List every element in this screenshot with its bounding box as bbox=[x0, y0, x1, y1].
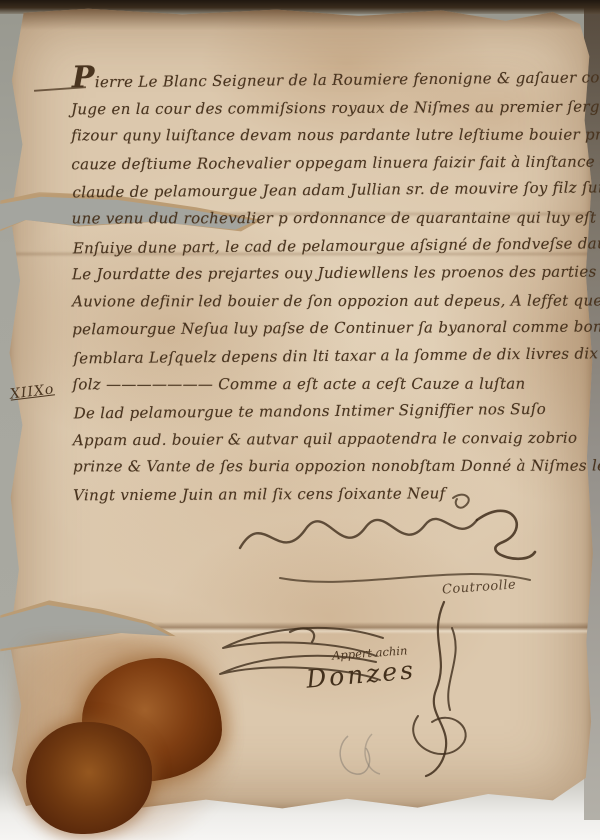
manuscript-line: ſolz ——————— Comme a eſt acte a ceſt Cau… bbox=[72, 370, 570, 398]
manuscript-line: Auvione definir led bouier de ſon oppozi… bbox=[72, 287, 570, 315]
manuscript-line: fizour quny luiſtance devam nous pardant… bbox=[71, 122, 569, 150]
signature-paraph bbox=[392, 598, 492, 778]
manuscript-line: De lad pelamourgue te mandons Intimer Si… bbox=[74, 396, 572, 428]
manuscript-line: Enſuiye dune part, le cad de pelamourgue… bbox=[73, 230, 571, 262]
main-signature-flourish bbox=[225, 490, 545, 590]
manuscript-line: cauze deſtiume Rochevalier oppegam linue… bbox=[71, 148, 569, 178]
manuscript-line: Pierre Le Blanc Seigneur de la Roumiere … bbox=[72, 60, 570, 97]
manuscript-line: une venu dud rochevalier p ordonnance de… bbox=[72, 205, 570, 233]
manuscript-line: ſemblara Leſquelz depens din lti taxar a… bbox=[73, 341, 571, 373]
manuscript-line: Le Jourdatte des prejartes ouy Judiewlle… bbox=[72, 259, 570, 289]
manuscript-line: claude de pelamourgue Jean adam Jullian … bbox=[72, 175, 570, 207]
manuscript-line: prinze & Vante de ſes buria oppozion non… bbox=[73, 453, 571, 481]
manuscript-line: Juge en la cour des commiſsions royaux d… bbox=[71, 93, 569, 123]
pencil-mark bbox=[328, 730, 398, 780]
manuscript-line: Appam aud. bouier & autvar quil appaoten… bbox=[73, 424, 571, 454]
manuscript-text-block: Pierre Le Blanc Seigneur de la Roumiere … bbox=[71, 61, 571, 510]
manuscript-line: pelamourgue Neſua luy paſse de Continuer… bbox=[72, 314, 570, 344]
